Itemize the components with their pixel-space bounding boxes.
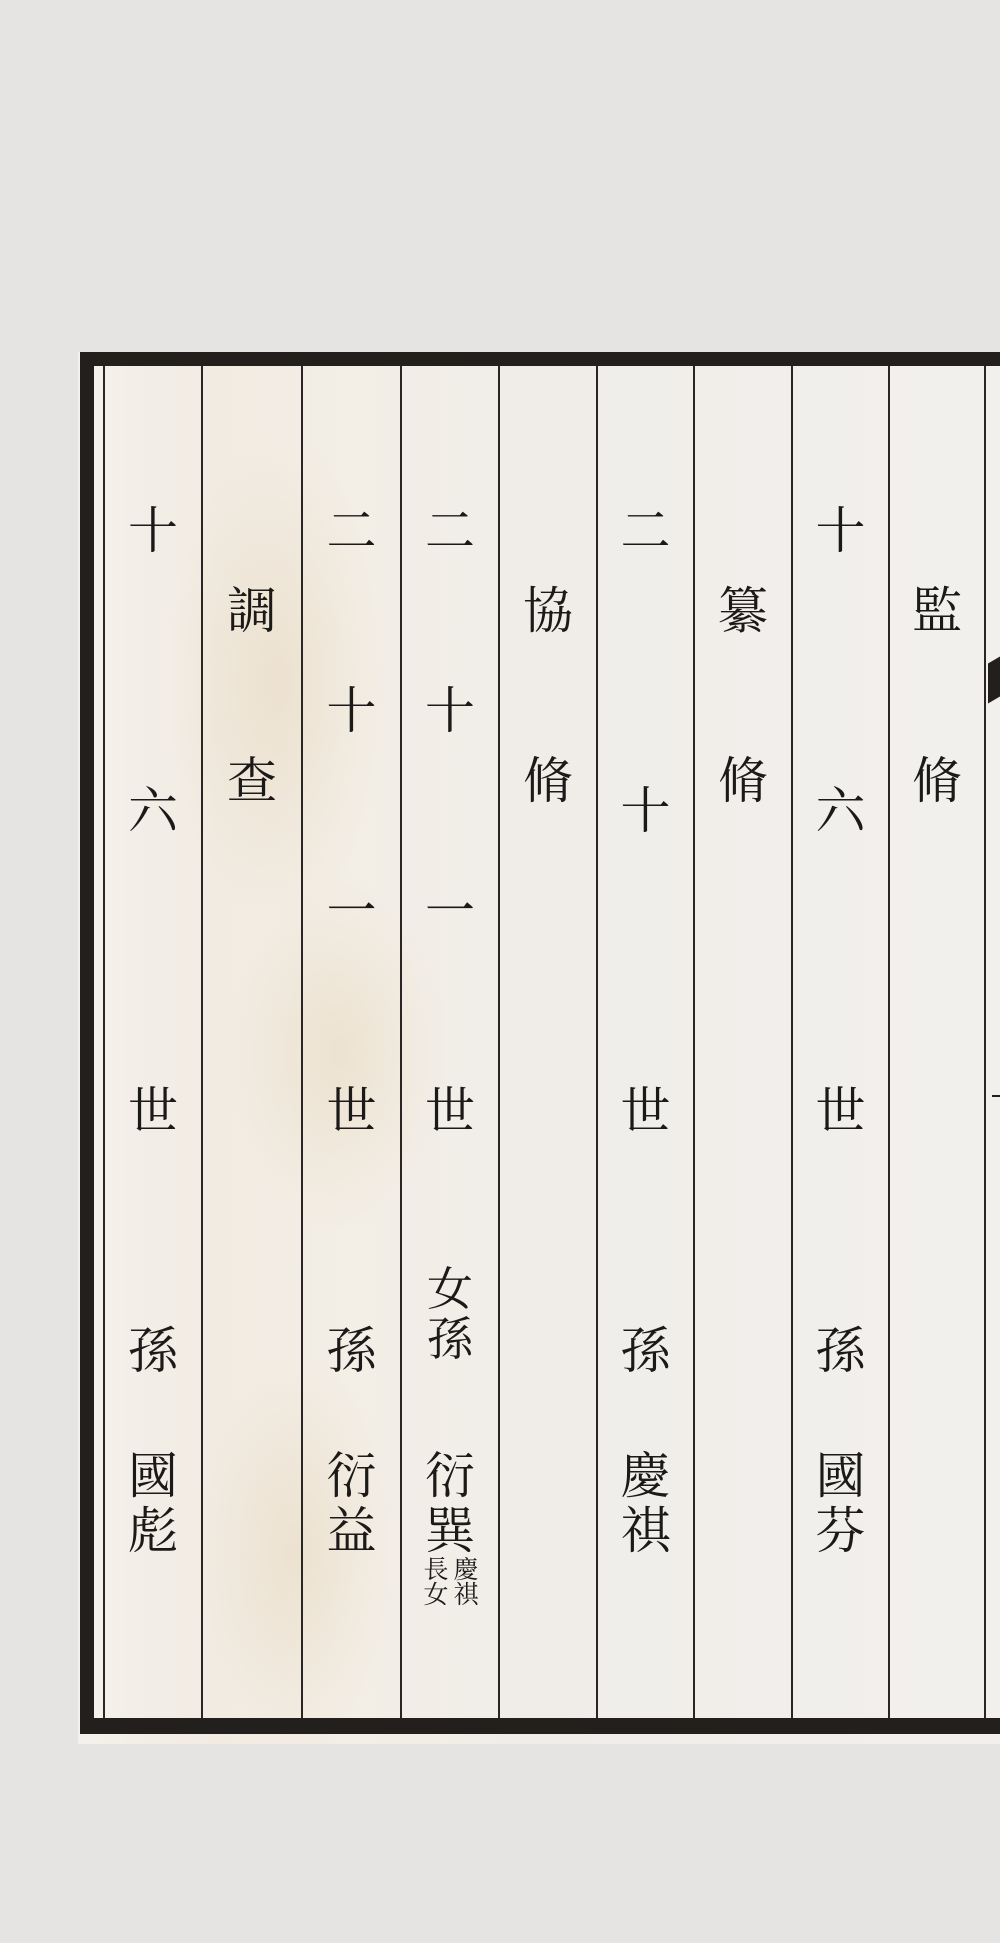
character: 脩 [500,756,596,806]
character: 二 [598,506,693,556]
column-9: 十 六 世 孫 國 彪 [105,366,201,1718]
character: 六 [105,786,201,836]
character: 世 [303,1086,400,1136]
frame-border-left [80,352,94,1734]
character: 十 [402,686,498,736]
character: 世 [793,1086,888,1136]
character: 世 [402,1086,498,1136]
character: 衍 [402,1451,498,1501]
character: 十 [105,506,201,556]
character: 調 [203,586,301,636]
column-7: 二 十 一 世 孫 衍 益 [303,366,400,1718]
character: 協 [500,586,596,636]
character: 脩 [890,756,984,806]
adjacent-page-mark [992,1095,1000,1097]
character: 十 [303,686,400,736]
column-rule [984,366,986,1718]
character: 孫 [402,1316,498,1362]
character: 女 [402,1266,498,1312]
character: 一 [402,886,498,936]
column-6: 二 十 一 世 女 孫 衍 巽 慶祺 長女 [402,366,498,1718]
character: 六 [793,786,888,836]
column-3: 纂 脩 [695,366,791,1718]
character: 十 [793,506,888,556]
character: 巽 [402,1506,498,1556]
character: 一 [303,886,400,936]
character: 國 [105,1451,201,1501]
character: 孫 [303,1326,400,1376]
character: 孫 [598,1326,693,1376]
character: 脩 [695,756,791,806]
character: 十 [598,786,693,836]
character: 監 [890,586,984,636]
character: 祺 [598,1506,693,1556]
character: 查 [203,756,301,806]
column-2: 十 六 世 孫 國 芬 [793,366,888,1718]
character: 孫 [793,1326,888,1376]
annotation-note: 慶祺 [452,1556,477,1606]
character: 國 [793,1451,888,1501]
character: 孫 [105,1326,201,1376]
character: 慶 [598,1451,693,1501]
character: 纂 [695,586,791,636]
column-4: 二 十 世 孫 慶 祺 [598,366,693,1718]
column-8: 調 查 [203,366,301,1718]
character: 二 [402,506,498,556]
character: 彪 [105,1506,201,1556]
frame-border-top [80,352,1000,366]
column-1: 監 脩 [890,366,984,1718]
character: 芬 [793,1506,888,1556]
column-5: 協 脩 [500,366,596,1718]
character: 二 [303,506,400,556]
frame-border-bottom [80,1718,1000,1734]
character: 世 [105,1086,201,1136]
character: 世 [598,1086,693,1136]
character: 益 [303,1506,400,1556]
character: 衍 [303,1451,400,1501]
adjacent-page-mark [988,657,1000,704]
annotation-note: 長女 [422,1556,447,1606]
